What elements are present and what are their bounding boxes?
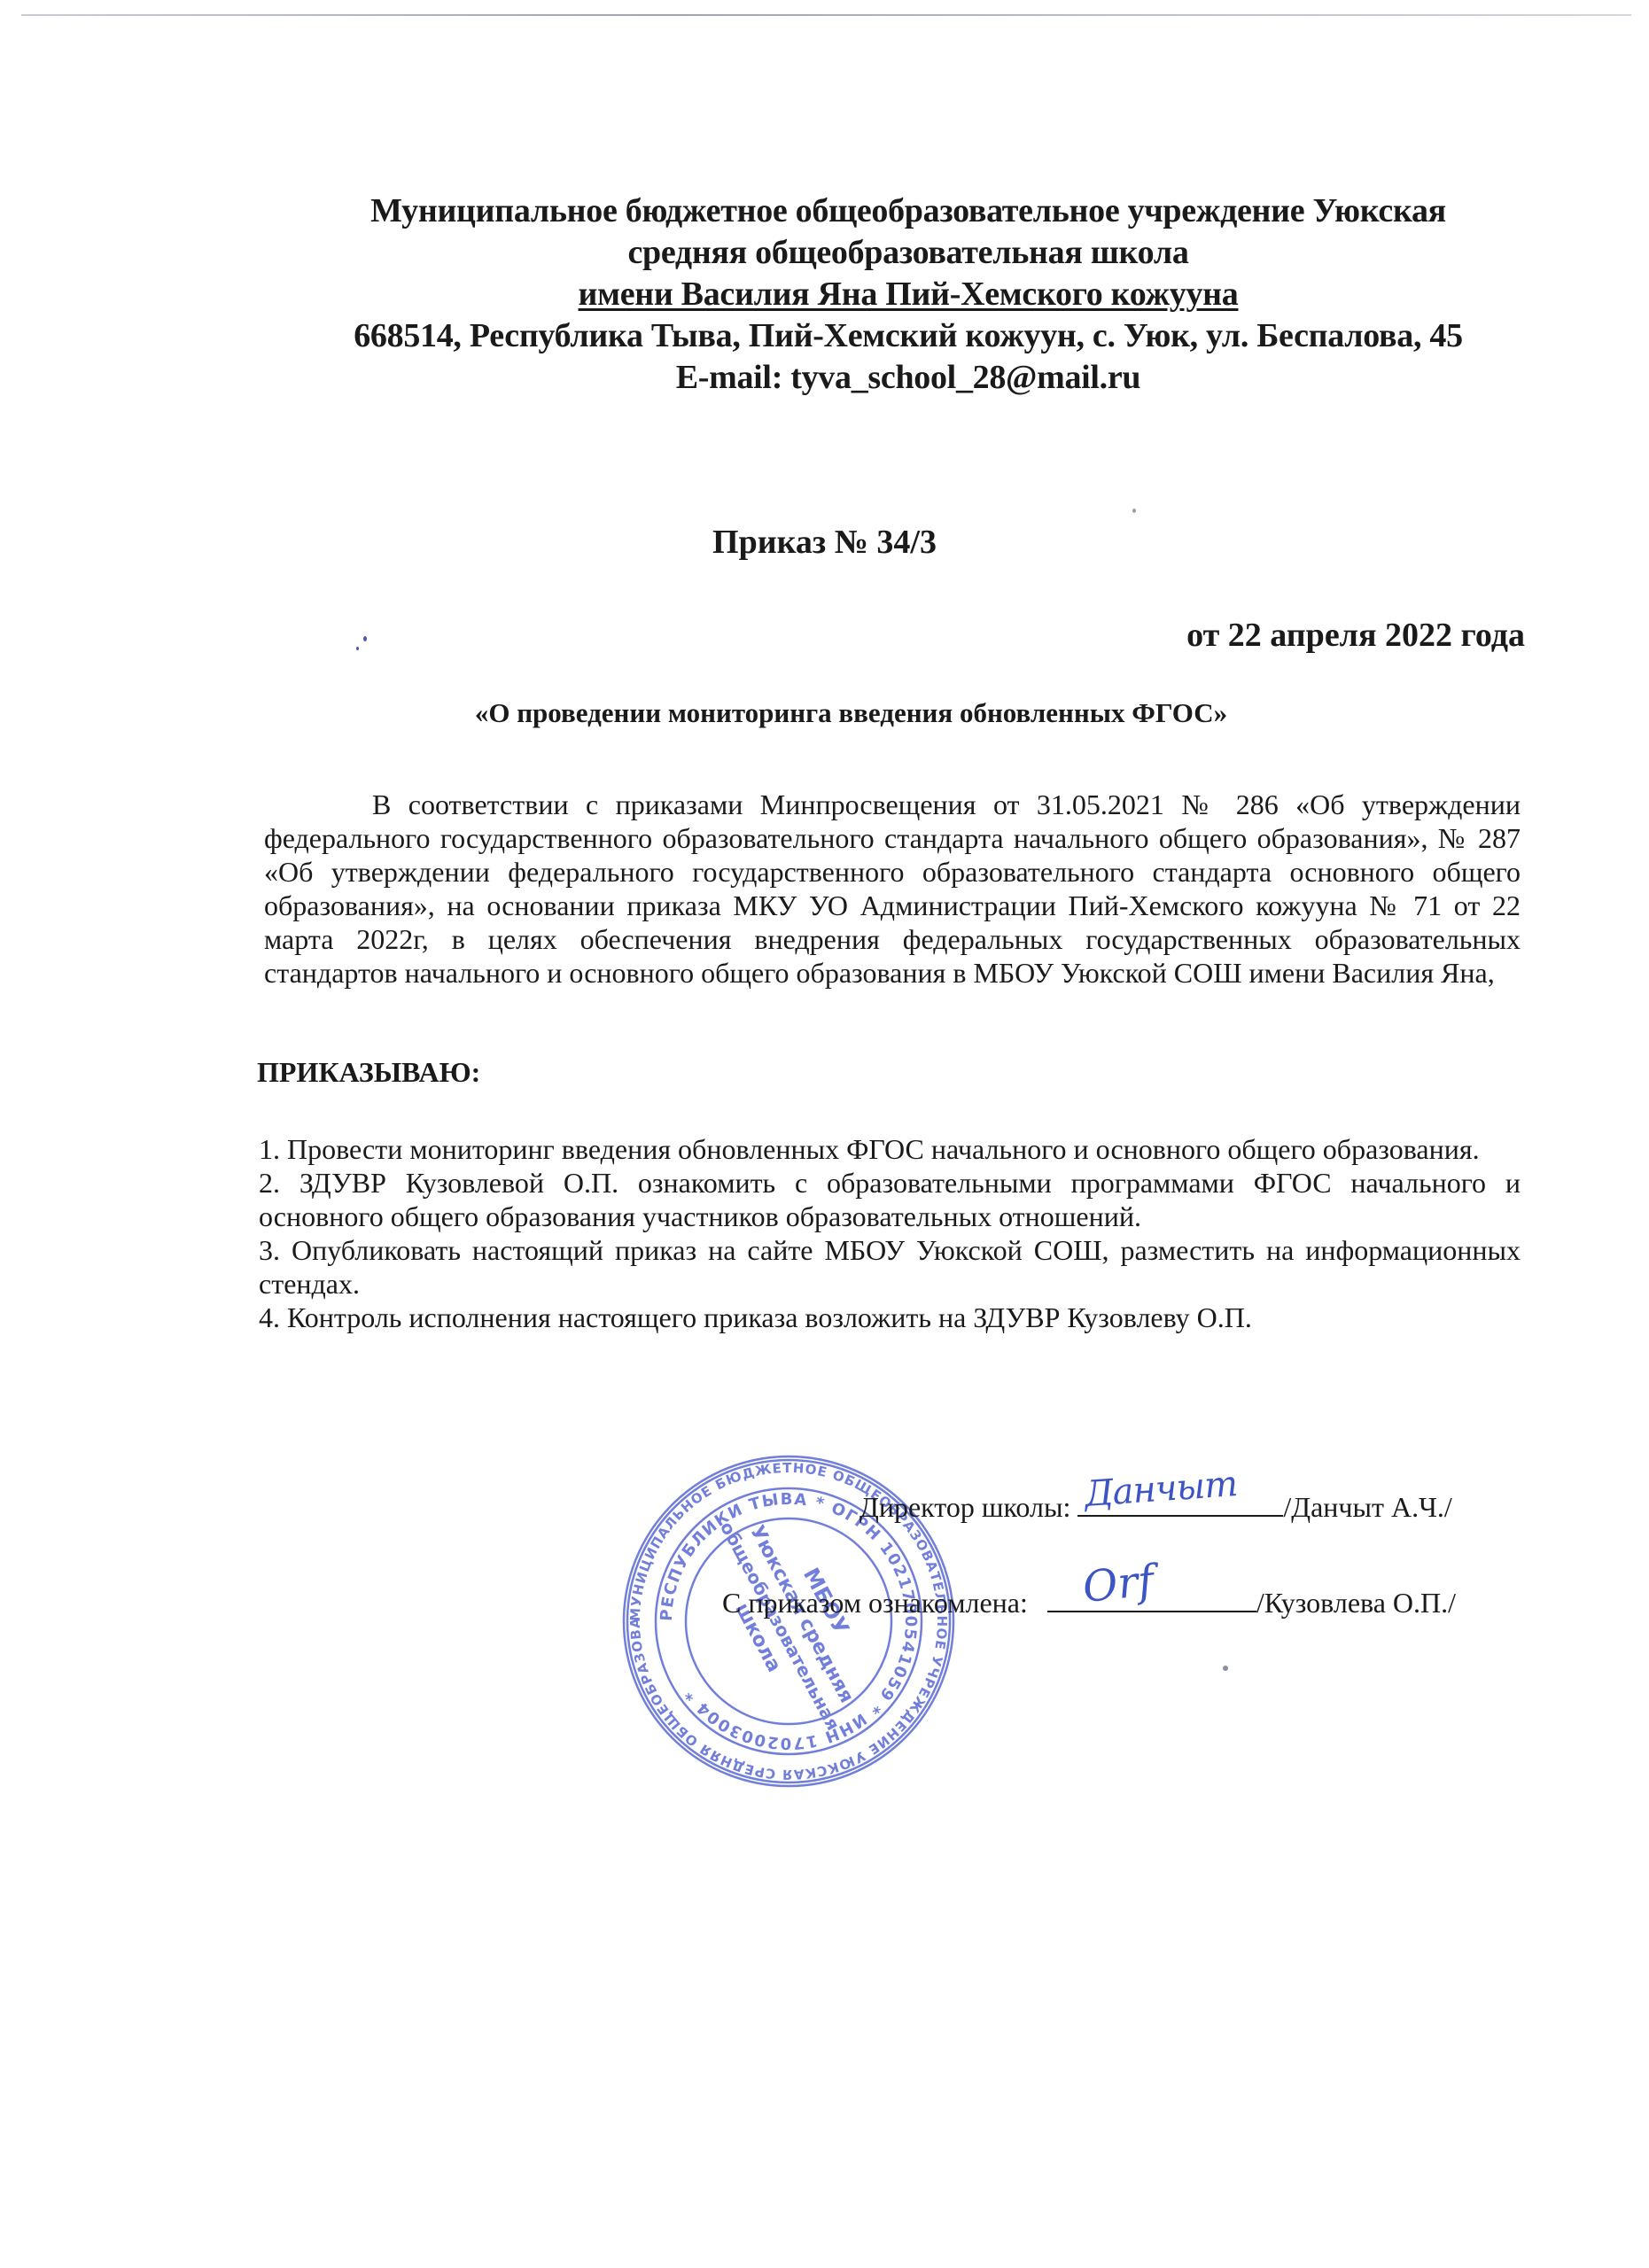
order-title: Приказ № 34/3 [0, 523, 1649, 562]
letterhead: Муниципальное бюджетное общеобразователь… [266, 190, 1551, 399]
letterhead-org-name: Муниципальное бюджетное общеобразователь… [266, 190, 1551, 232]
scan-edge-line [21, 14, 1631, 16]
letterhead-org-type: средняя общеобразовательная школа [266, 232, 1551, 274]
director-label: Директор школы: [860, 1491, 1077, 1523]
scan-speck [1223, 1666, 1228, 1671]
order-items: 1. Провести мониторинг введения обновлен… [259, 1132, 1521, 1334]
order-item: 4. Контроль исполнения настоящего приказ… [259, 1301, 1521, 1334]
letterhead-email: E-mail: tyva_school_28@mail.ru [266, 357, 1551, 399]
order-item: 1. Провести мониторинг введения обновлен… [259, 1132, 1521, 1166]
order-subject: «О проведении мониторинга введения обнов… [0, 697, 1649, 729]
letterhead-address: 668514, Республика Тыва, Пий-Хемский кож… [266, 315, 1551, 357]
scan-speck [363, 636, 367, 641]
order-item: 2. ЗДУВР Кузовлевой О.П. ознакомить с об… [259, 1166, 1521, 1233]
order-date: от 22 апреля 2022 года [1186, 616, 1525, 655]
acknowledgement-label: С приказом ознакомлена: [722, 1587, 1035, 1619]
letterhead-org-namesake: имени Василия Яна Пий-Хемского кожууна [266, 274, 1551, 315]
acknowledgement-signature-row: С приказом ознакомлена: Оrf/Кузовлева О.… [722, 1584, 1456, 1619]
order-verb: ПРИКАЗЫВАЮ: [257, 1056, 480, 1089]
scan-speck [356, 647, 359, 650]
director-handwritten-signature: Данчыт [1084, 1464, 1239, 1515]
scan-speck [1132, 509, 1136, 513]
director-name: /Данчыт А.Ч./ [1283, 1491, 1451, 1523]
order-item: 3. Опубликовать настоящий приказ на сайт… [259, 1233, 1521, 1301]
acknowledgement-handwritten-signature: Оrf [1080, 1556, 1155, 1612]
director-signature-line: Данчыт [1077, 1488, 1283, 1517]
director-signature-row: Директор школы: Данчыт/Данчыт А.Ч./ [860, 1488, 1452, 1524]
document-page: Муниципальное бюджетное общеобразователь… [0, 0, 1649, 2268]
acknowledgement-name: /Кузовлева О.П./ [1256, 1587, 1456, 1619]
preamble-paragraph: В соответствии с приказами Минпросвещени… [264, 788, 1521, 990]
acknowledgement-signature-line: Оrf [1047, 1584, 1256, 1612]
